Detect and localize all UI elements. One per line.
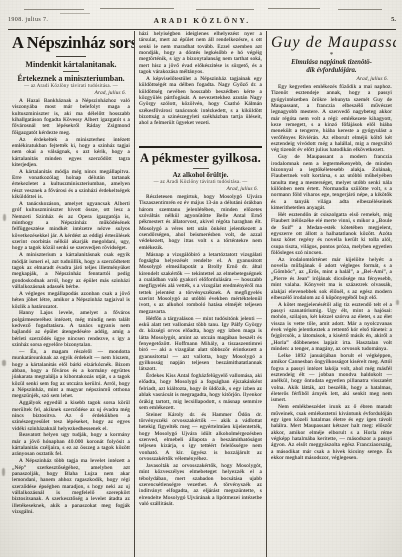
dateline: Arad, julius 6. <box>271 76 392 82</box>
headline-separator-star: * <box>271 53 392 58</box>
paragraph: Hét esztendőn át csiszolgatta első remek… <box>271 212 392 256</box>
article-subhead: Elmulása napjának tizenötö-dik évforduló… <box>271 59 392 75</box>
article-pekmester: A pékmester gyilkosa. Az alkohol őrültje… <box>139 151 262 507</box>
page-header: 1908. julius 7. ARADI KÖZLÖNY. 5. <box>8 16 396 30</box>
article-body: Részletesen megirtuk, hogy Mosolygó Ujvá… <box>139 194 262 507</box>
paragraph: Steiner Károly dr. és Hammer Ödön dr. tö… <box>139 412 262 463</box>
article-subhead: Értekeznek a miniszteriumban. <box>12 74 130 83</box>
paragraph: házi helyiségben ideiglenes elhelyezést … <box>139 31 262 75</box>
subhead-line-1: Elmulása napjának tizenötö- <box>291 59 372 66</box>
article-maupassant: Guy de Maupassant. * Elmulása napjának t… <box>271 34 392 461</box>
paragraph: Hanny Lajos levele, amelyet a főváros po… <box>12 310 130 348</box>
headline-divider <box>56 56 86 57</box>
article-subhead: Az alkohol őrültje. <box>139 171 262 179</box>
column-3: Guy de Maupassant. * Elmulása napjának t… <box>267 31 396 557</box>
paragraph: A kártalanitás módja még nincs megállapi… <box>12 169 130 201</box>
newspaper-title: ARADI KÖZLÖNY. <box>8 16 396 25</box>
paragraph: A tanácskozáson, amelyet ugyancsak Alber… <box>12 201 130 252</box>
scan-artifact <box>60 13 90 14</box>
scan-artifact <box>24 9 84 10</box>
margin-smudge <box>2 360 6 366</box>
scan-artifact <box>100 8 174 9</box>
paragraph: — Én, a magam részéről — mondotta munkat… <box>12 349 130 400</box>
scan-artifact <box>196 9 254 10</box>
paragraph: Az érdekeltek a miniszterhez intézett em… <box>12 137 130 169</box>
paragraph: Nem emlékbeszédet irunk az ő ébren marad… <box>271 404 392 461</box>
subhead-divider <box>63 71 79 72</box>
article-body: Egy kegyetlen emlékezés fűződik a mai na… <box>271 84 392 461</box>
margin-smudge <box>3 214 6 221</box>
article-headline: A Népszinház sorsa <box>12 33 130 53</box>
paragraph: A miniszterium a kártalanitásnak csak eg… <box>12 252 130 290</box>
paragraph: A képviselőtestület a Népszinház tagjain… <box>139 76 262 127</box>
paragraph: A Népszinház több tagja ma levelet intéz… <box>12 458 130 515</box>
paragraph: Másnap a vizsgálóbiró a letartóztatott v… <box>139 252 262 315</box>
paragraph: Részletesen megirtuk, hogy Mosolygó Ujvá… <box>139 194 262 251</box>
column-2: házi helyiségben ideiglenes elhelyezést … <box>134 31 267 557</box>
article-headline: Guy de Maupassant. <box>271 34 392 52</box>
article-body-continuation: házi helyiségben ideiglenes elhelyezést … <box>139 31 262 143</box>
scan-artifact <box>268 8 320 9</box>
article-body: A Hazai Bankháznak a Népszinházhoz való … <box>12 98 130 515</box>
paragraph: A végleges megállapodás azonban csak a j… <box>12 291 130 310</box>
paragraph: Hétfőn a tárgyaláson — mint tudósitónk j… <box>139 316 262 373</box>
headline-divider <box>193 168 209 169</box>
column-layout: A Népszinház sorsa Mindenkit kártalanita… <box>8 31 396 557</box>
paragraph: Aggályok egyedül a kisebb tagok sorsa kö… <box>12 400 130 432</box>
paragraph: A Hazai Bankháznak a Népszinházhoz való … <box>12 98 130 136</box>
column-1: A Népszinház sorsa Mindenkit kártalanita… <box>8 31 134 557</box>
wire-credit: — az Aradi Közlöny távirati tudósitása. … <box>12 84 130 89</box>
margin-smudge <box>2 468 5 476</box>
margin-smudge <box>396 300 399 305</box>
article-subhead: Mindenkit kártalanitanak. <box>12 60 130 69</box>
subhead-line-2: dik évfordulójára. <box>306 67 356 74</box>
scan-artifact <box>338 9 382 10</box>
paragraph: Egy kegyetlen emlékezés fűződik a mai na… <box>271 84 392 154</box>
dateline: Arad, julius 6. <box>139 186 262 192</box>
article-headline: A pékmester gyilkosa. <box>139 151 262 166</box>
paragraph: Guy de Maupassant a modern franczia irod… <box>271 154 392 211</box>
dateline: Arad, julius 6. <box>12 90 130 96</box>
newspaper-page: 1908. julius 7. ARADI KÖZLÖNY. 5. A Néps… <box>0 0 402 557</box>
paragraph: Érdekes Kiss Antal fogházfelügyelő vallo… <box>139 373 262 411</box>
page-number: 5. <box>391 16 396 23</box>
paragraph: A kötet megjelenésétől alig tiz esztendő… <box>271 302 392 353</box>
paragraph: Az irodalomtörténet már kijelölte helyét… <box>271 257 392 301</box>
article-nepszinhaz: A Népszinház sorsa Mindenkit kártalanita… <box>12 33 130 515</box>
paragraph: Lelke 1892 januárjában borult el végképp… <box>271 353 392 404</box>
paragraph: Beavatott helyen ugy tudják, hogy a korm… <box>12 432 130 457</box>
wire-credit: — az Aradi Közlöny távirati tudósitása. … <box>139 180 262 185</box>
paragraph: Javasolták az orvosszakértők, hogy Mosol… <box>139 463 262 507</box>
article-separator-rule <box>139 146 262 148</box>
